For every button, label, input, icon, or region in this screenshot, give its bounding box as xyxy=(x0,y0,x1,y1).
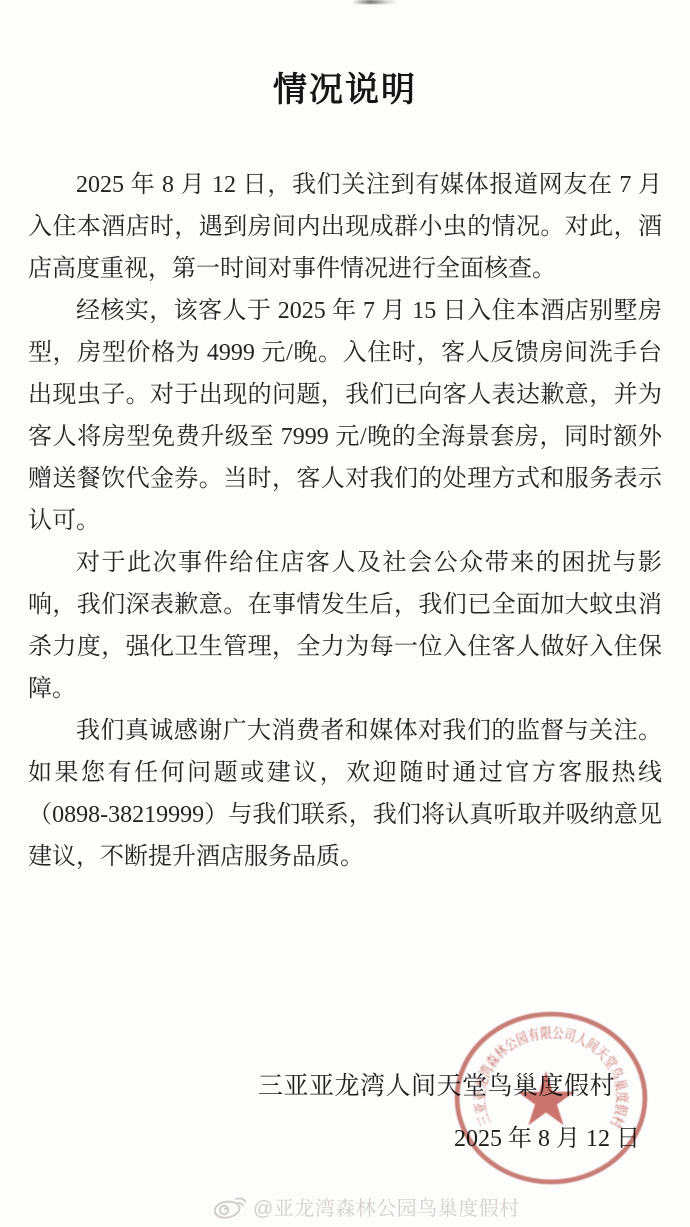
document-page: 情况说明 2025 年 8 月 12 日，我们关注到有媒体报道网友在 7 月入住… xyxy=(0,0,690,1227)
official-seal: 三亚亚龙湾森林公园有限公司人间天堂鸟巢度假村 xyxy=(451,1009,651,1189)
document-title: 情况说明 xyxy=(0,62,690,111)
paragraph-1: 2025 年 8 月 12 日，我们关注到有媒体报道网友在 7 月入住本酒店时，… xyxy=(28,164,662,290)
weibo-watermark: @亚龙湾森林公园鸟巢度假村 xyxy=(212,1192,520,1221)
document-body: 2025 年 8 月 12 日，我们关注到有媒体报道网友在 7 月入住本酒店时，… xyxy=(28,164,662,878)
weibo-icon xyxy=(212,1193,248,1221)
paragraph-4: 我们真诚感谢广大消费者和媒体对我们的监督与关注。如果您有任何问题或建议，欢迎随时… xyxy=(28,710,662,878)
paragraph-3: 对于此次事件给住店客人及社会公众带来的困扰与影响，我们深表歉意。在事情发生后，我… xyxy=(28,542,662,710)
seal-star-icon xyxy=(517,1071,574,1125)
watermark-text: @亚龙湾森林公园鸟巢度假村 xyxy=(253,1192,520,1221)
paragraph-2: 经核实，该客人于 2025 年 7 月 15 日入住本酒店别墅房型，房型价格为 … xyxy=(28,290,662,542)
photo-artifact-smudge xyxy=(352,0,398,4)
